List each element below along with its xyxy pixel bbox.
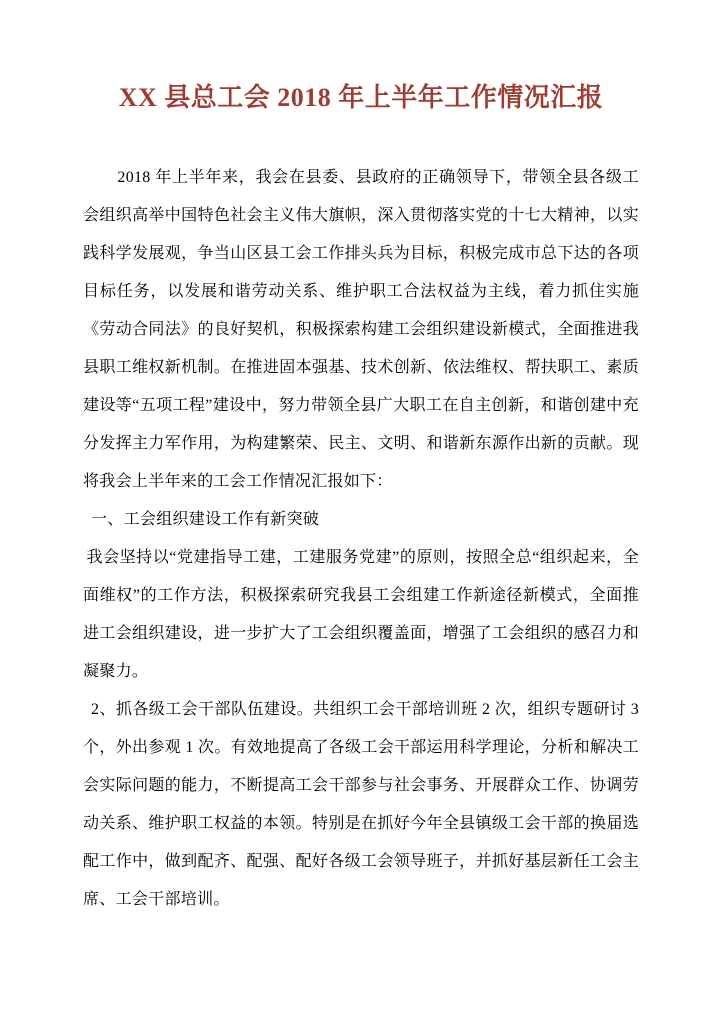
paragraph-section1-body: 我会坚持以“党建指导工建，工建服务党建”的原则，按照全总“组织起来，全面维权”的… bbox=[83, 539, 639, 691]
paragraph-intro: 2018 年上半年来，我会在县委、县政府的正确领导下，带领全县各级工会组织高举中… bbox=[83, 159, 639, 501]
paragraph-item-2: 2、抓各级工会干部队伍建设。共组织工会干部培训班 2 次，组织专题研讨 3 个，… bbox=[83, 691, 639, 919]
section-heading-1: 一、工会组织建设工作有新突破 bbox=[83, 501, 639, 539]
document-title: XX 县总工会 2018 年上半年工作情况汇报 bbox=[83, 83, 639, 113]
document-body: 2018 年上半年来，我会在县委、县政府的正确领导下，带领全县各级工会组织高举中… bbox=[83, 159, 639, 919]
document-page: XX 县总工会 2018 年上半年工作情况汇报 2018 年上半年来，我会在县委… bbox=[0, 0, 721, 1020]
